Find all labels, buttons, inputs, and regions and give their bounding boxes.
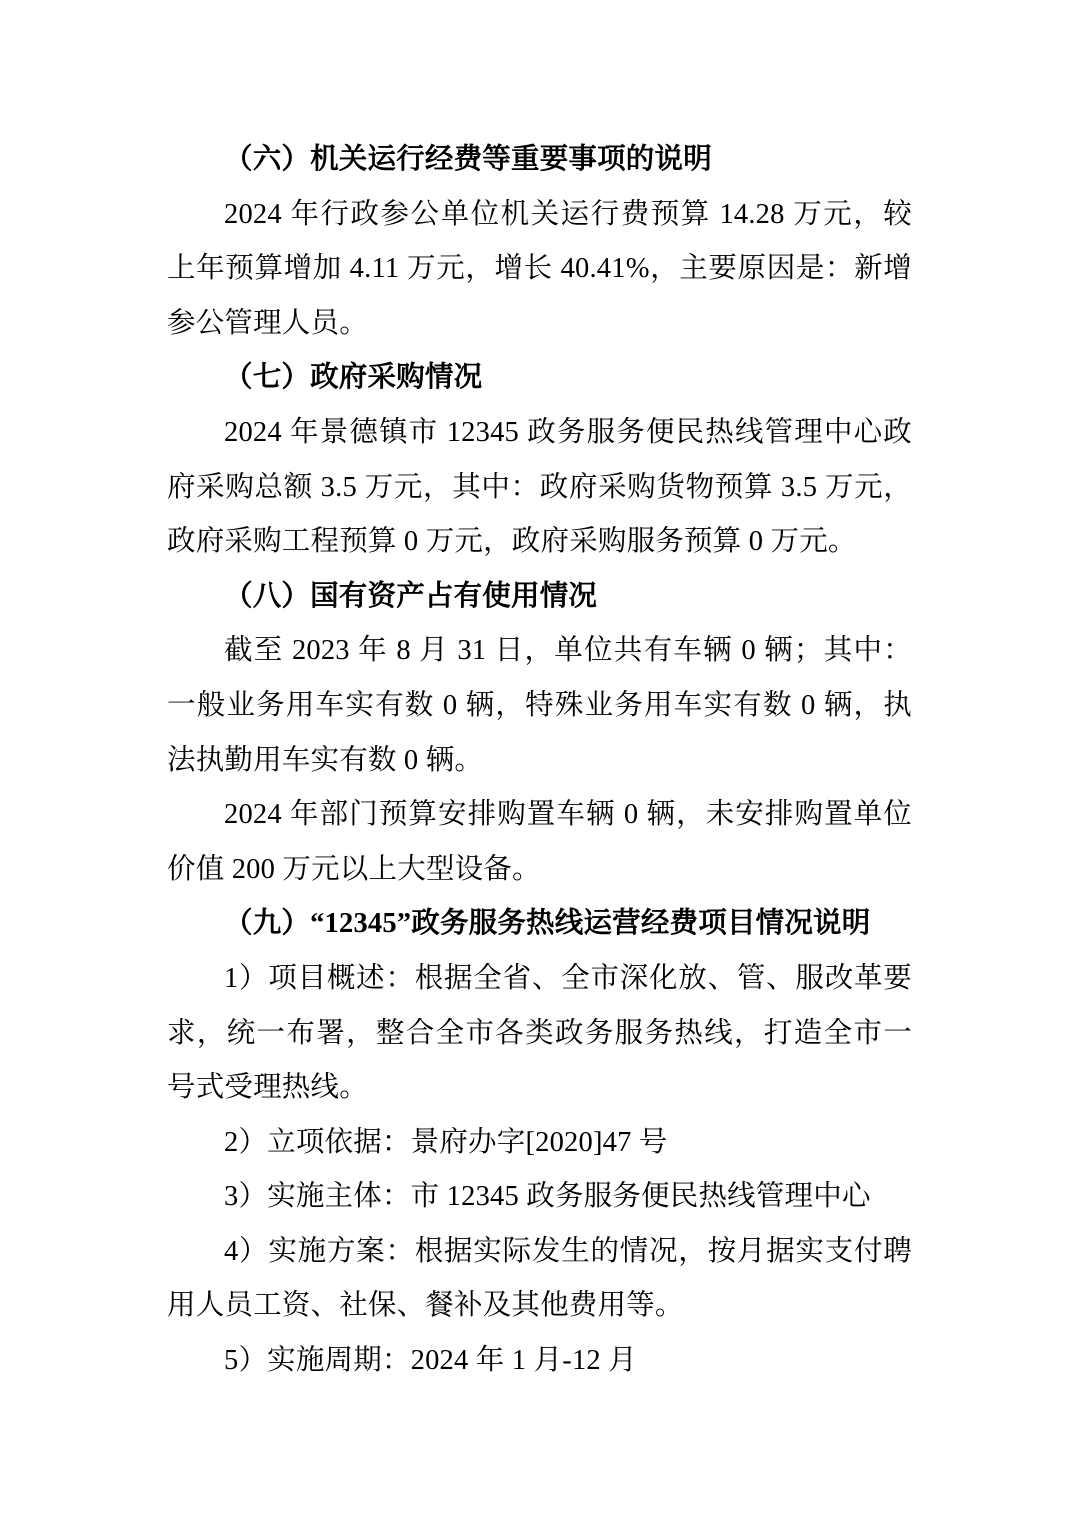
paragraph-project-overview: 1）项目概述：根据全省、全市深化放、管、服改革要求，统一布署，整合全市各类政务服… (167, 952, 912, 1116)
heading-section-9-hotline-project: （九）“12345”政务服务热线运营经费项目情况说明 (167, 897, 912, 952)
paragraph-project-basis: 2）立项依据：景府办字[2020]47 号 (167, 1116, 912, 1171)
paragraph-vehicle-holdings: 截至 2023 年 8 月 31 日，单位共有车辆 0 辆；其中：一般业务用车实… (167, 624, 912, 788)
heading-section-6-operating-expenses: （六）机关运行经费等重要事项的说明 (167, 133, 912, 188)
paragraph-project-period: 5）实施周期：2024 年 1 月-12 月 (167, 1334, 912, 1389)
paragraph-vehicle-purchase-plan: 2024 年部门预算安排购置车辆 0 辆，未安排购置单位价值 200 万元以上大… (167, 788, 912, 897)
heading-section-7-government-procurement: （七）政府采购情况 (167, 351, 912, 406)
paragraph-project-plan: 4）实施方案：根据实际发生的情况，按月据实支付聘用人员工资、社保、餐补及其他费用… (167, 1225, 912, 1334)
paragraph-project-implementer: 3）实施主体：市 12345 政务服务便民热线管理中心 (167, 1170, 912, 1225)
paragraph-procurement-detail: 2024 年景德镇市 12345 政务服务便民热线管理中心政府采购总额 3.5 … (167, 406, 912, 570)
paragraph-operating-expenses-detail: 2024 年行政参公单位机关运行费预算 14.28 万元，较上年预算增加 4.1… (167, 188, 912, 352)
document-page: （六）机关运行经费等重要事项的说明 2024 年行政参公单位机关运行费预算 14… (0, 0, 1074, 1520)
heading-section-8-state-assets: （八）国有资产占有使用情况 (167, 570, 912, 625)
